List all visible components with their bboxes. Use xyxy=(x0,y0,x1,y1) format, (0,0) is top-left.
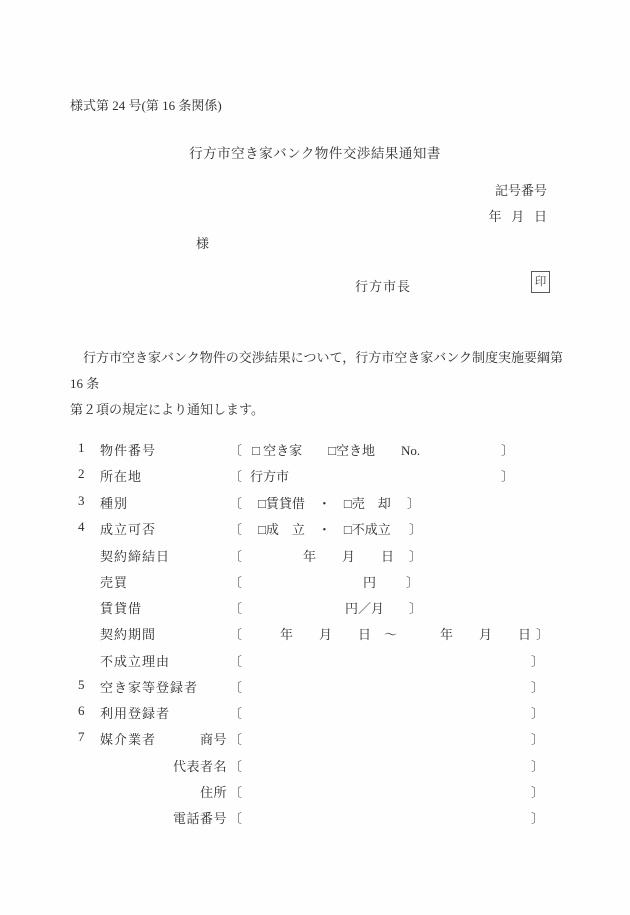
row-sale-price: 売買 〔 円 〕 xyxy=(0,572,630,592)
item-value: □成 立 ・ □不成立 xyxy=(258,519,391,538)
item-label: 契約期間 xyxy=(100,624,156,643)
row-agent-address: 住所 〔 〕 xyxy=(0,782,630,802)
open-bracket: 〔 xyxy=(229,624,242,643)
close-bracket: 〕 xyxy=(531,651,544,670)
item-value: □ 空き家 □空き地 No. xyxy=(252,440,420,459)
open-bracket: 〔 xyxy=(229,466,242,485)
row-owner-registrant: 5 空き家等登録者 〔 〕 xyxy=(0,677,630,697)
open-bracket: 〔 xyxy=(229,729,242,748)
open-bracket: 〔 xyxy=(229,651,242,670)
item-label: 種別 xyxy=(100,493,128,512)
item-value: 年 月 日 xyxy=(303,546,394,565)
row-user-registrant: 6 利用登録者 〔 〕 xyxy=(0,703,630,723)
seal-stamp: 印 xyxy=(531,271,550,293)
open-bracket: 〔 xyxy=(229,598,242,617)
item-label: 利用登録者 xyxy=(100,703,170,722)
ref-number-label: 記号番号 xyxy=(495,180,547,199)
document-title: 行方市空き家バンク物件交渉結果通知書 xyxy=(0,142,630,162)
row-agent-trade-name: 7 媒介業者 商号 〔 〕 xyxy=(0,729,630,749)
open-bracket: 〔 xyxy=(229,677,242,696)
item-label: 不成立理由 xyxy=(100,651,170,670)
sub-label: 住所 xyxy=(100,782,227,801)
close-bracket: 〕 xyxy=(536,624,549,643)
item-number: 3 xyxy=(78,493,85,509)
body-line-2: 第２項の規定により通知します。 xyxy=(70,397,570,423)
close-bracket: 〕 xyxy=(531,756,544,775)
row-result: 4 成立可否 〔 □成 立 ・ □不成立 〕 xyxy=(0,519,630,539)
item-label: 契約締結日 xyxy=(100,546,170,565)
seal-label: 印 xyxy=(535,276,547,288)
row-contract-date: 契約締結日 〔 年 月 日 〕 xyxy=(0,546,630,566)
item-number: 1 xyxy=(78,440,85,456)
close-bracket: 〕 xyxy=(406,572,419,591)
item-value: 円／月 xyxy=(345,598,384,617)
item-number: 7 xyxy=(78,729,85,745)
item-number: 2 xyxy=(78,466,85,482)
item-number: 6 xyxy=(78,703,85,719)
open-bracket: 〔 xyxy=(229,546,242,565)
close-bracket: 〕 xyxy=(409,598,422,617)
row-property-number: 1 物件番号 〔 □ 空き家 □空き地 No. 〕 xyxy=(0,440,630,460)
item-value: □賃貸借 ・ □売 却 xyxy=(258,493,391,512)
row-contract-period: 契約期間 〔 年 月 日 〜 年 月 日 〕 xyxy=(0,624,630,644)
open-bracket: 〔 xyxy=(229,703,242,722)
row-agent-phone: 電話番号 〔 〕 xyxy=(0,808,630,828)
close-bracket: 〕 xyxy=(531,729,544,748)
close-bracket: 〕 xyxy=(531,782,544,801)
item-value: 年 月 日 〜 xyxy=(280,624,397,643)
close-bracket: 〕 xyxy=(409,546,422,565)
item-label: 物件番号 xyxy=(100,440,156,459)
close-bracket: 〕 xyxy=(501,440,514,459)
open-bracket: 〔 xyxy=(229,756,242,775)
open-bracket: 〔 xyxy=(229,493,242,512)
open-bracket: 〔 xyxy=(229,808,242,827)
document-page: 様式第 24 号(第 16 条関係) 行方市空き家バンク物件交渉結果通知書 記号… xyxy=(0,0,630,915)
close-bracket: 〕 xyxy=(531,677,544,696)
sub-label: 商号 xyxy=(100,729,227,748)
close-bracket: 〕 xyxy=(501,466,514,485)
close-bracket: 〕 xyxy=(531,703,544,722)
item-number: 5 xyxy=(78,677,85,693)
recipient-honorific: 様 xyxy=(196,233,209,252)
row-failure-reason: 不成立理由 〔 〕 xyxy=(0,651,630,671)
open-bracket: 〔 xyxy=(229,519,242,538)
close-bracket: 〕 xyxy=(409,519,422,538)
item-label: 成立可否 xyxy=(100,519,156,538)
sub-label: 代表者名 xyxy=(100,756,227,775)
sender-title: 行方市長 xyxy=(355,276,411,295)
row-type: 3 種別 〔 □賃貸借 ・ □売 却 〕 xyxy=(0,493,630,513)
sub-label: 電話番号 xyxy=(100,808,227,827)
item-number: 4 xyxy=(78,519,85,535)
open-bracket: 〔 xyxy=(229,572,242,591)
body-line-1: 行方市空き家バンク物件の交渉結果について，行方市空き家バンク制度実施要綱第 16… xyxy=(70,345,570,397)
row-agent-representative: 代表者名 〔 〕 xyxy=(0,756,630,776)
item-label: 売買 xyxy=(100,572,128,591)
form-number: 様式第 24 号(第 16 条関係) xyxy=(70,95,222,114)
item-value: 行方市 xyxy=(250,466,289,485)
item-value: 円 xyxy=(363,572,376,591)
row-location: 2 所在地 〔 行方市 〕 xyxy=(0,466,630,486)
body-paragraph: 行方市空き家バンク物件の交渉結果について，行方市空き家バンク制度実施要綱第 16… xyxy=(70,345,570,423)
open-bracket: 〔 xyxy=(229,440,242,459)
close-bracket: 〕 xyxy=(531,808,544,827)
item-label: 空き家等登録者 xyxy=(100,677,198,696)
date-line: 年 月 日 xyxy=(488,206,547,225)
item-value-end: 年 月 日 xyxy=(440,624,531,643)
item-label: 所在地 xyxy=(100,466,142,485)
row-rent: 賃貸借 〔 円／月 〕 xyxy=(0,598,630,618)
open-bracket: 〔 xyxy=(229,782,242,801)
close-bracket: 〕 xyxy=(407,493,420,512)
item-label: 賃貸借 xyxy=(100,598,142,617)
